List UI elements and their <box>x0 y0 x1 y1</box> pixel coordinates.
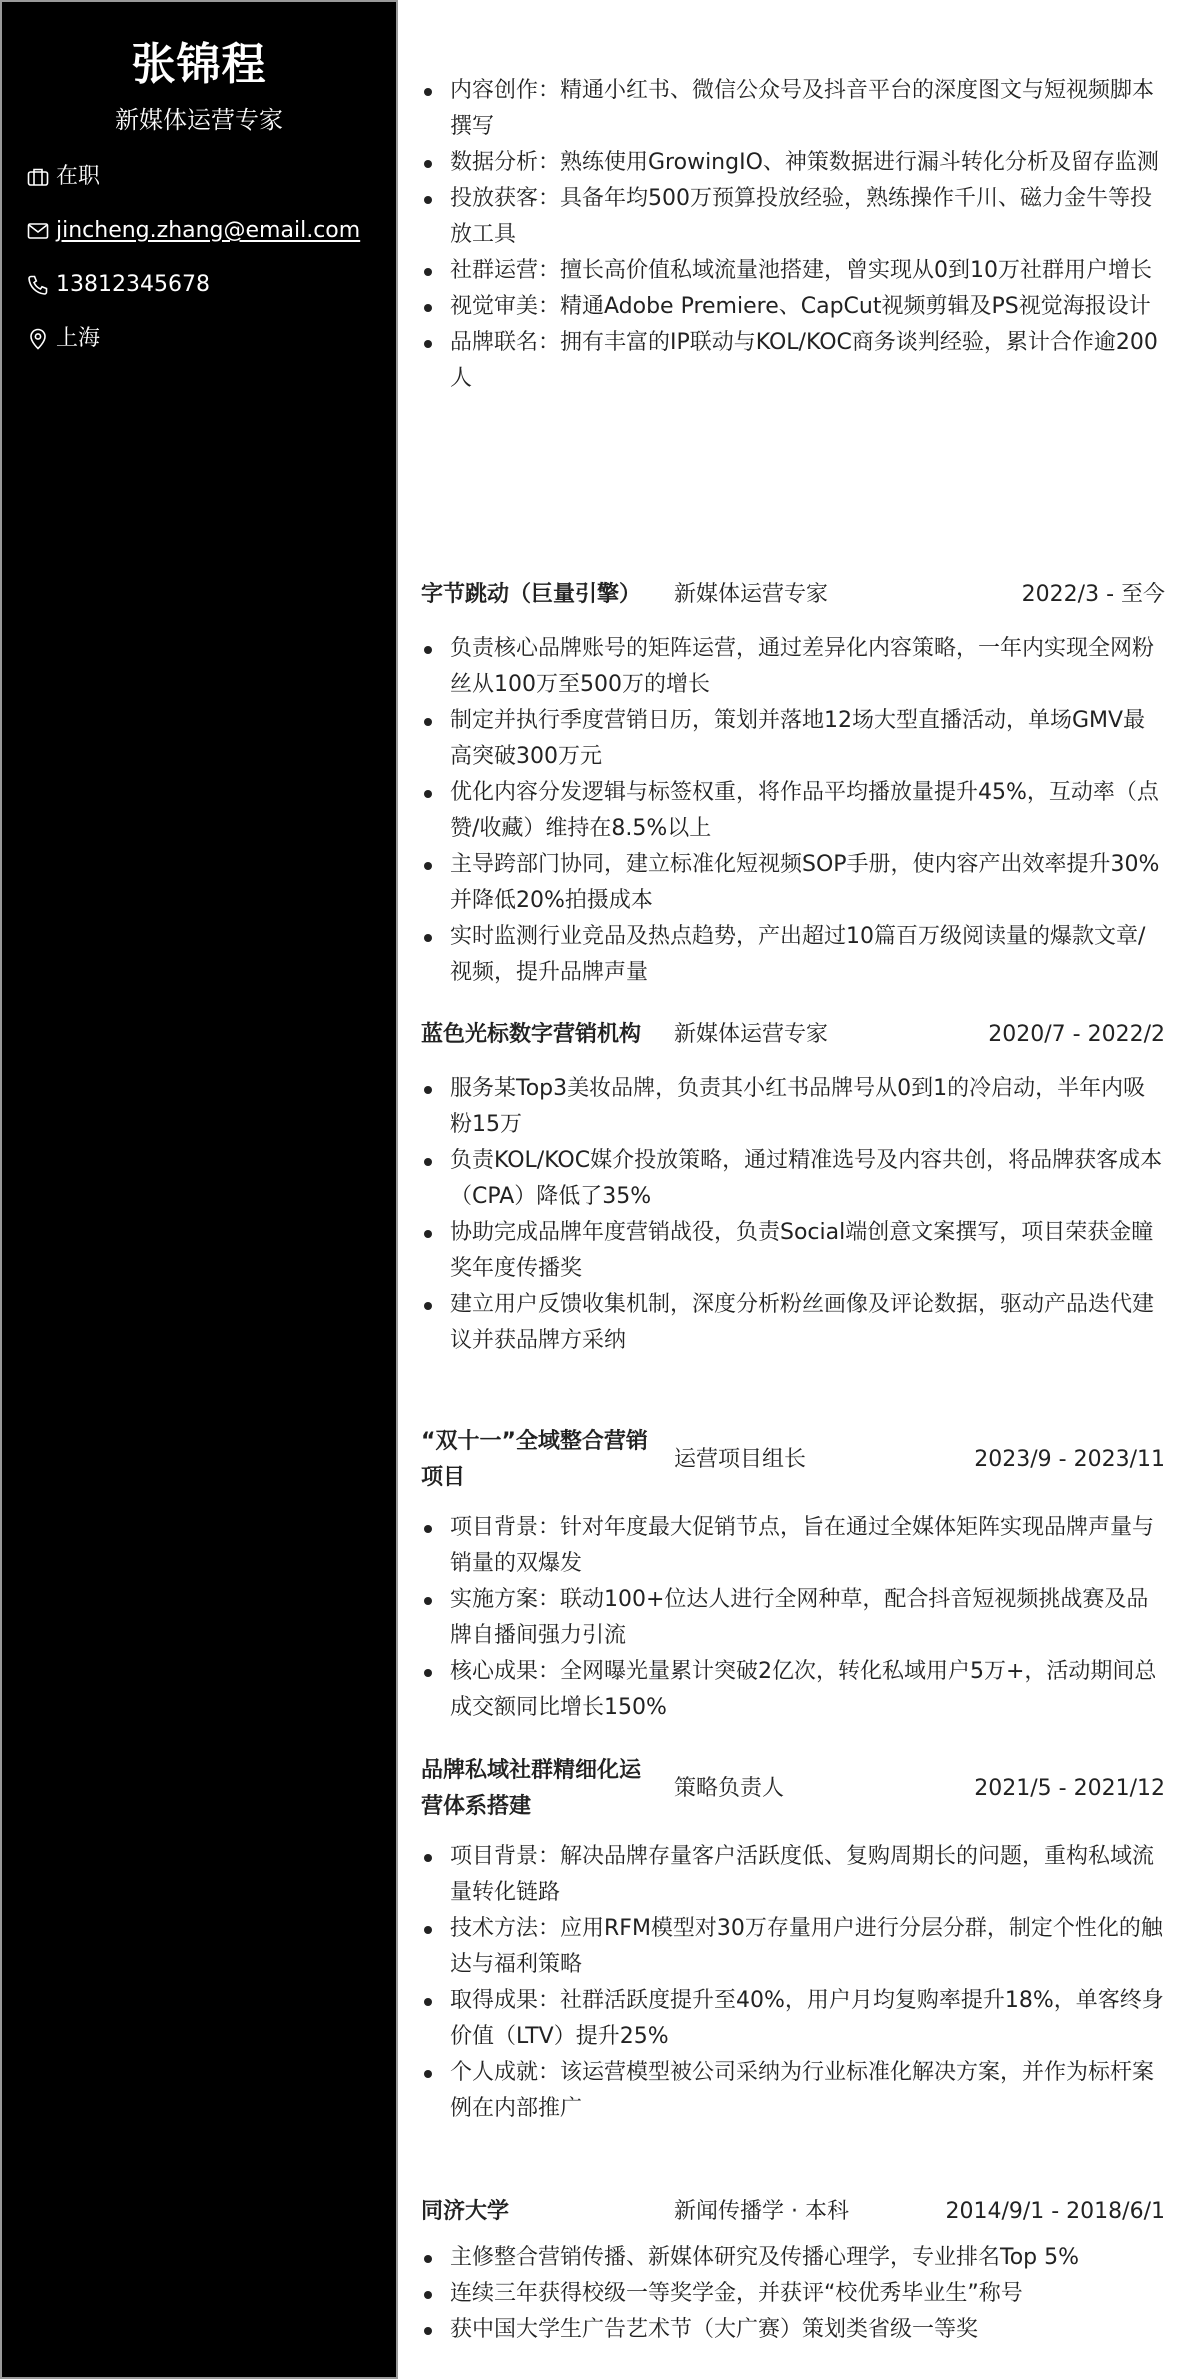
project-name: “双十一”全域整合营销项目 <box>421 1424 661 1496</box>
project-entry: 品牌私域社群精细化运营体系搭建 策略负责人 2021/5 - 2021/12 项… <box>421 1753 1165 2127</box>
project-detail-item: 项目背景：针对年度最大促销节点，旨在通过全媒体矩阵实现品牌声量与销量的双爆发 <box>421 1510 1165 1582</box>
email-link[interactable]: jincheng.zhang@email.com <box>56 216 360 246</box>
project-detail-item: 技术方法：应用RFM模型对30万存量用户进行分层分群，制定个性化的触达与福利策略 <box>421 1911 1165 1983</box>
profile-name: 张锦程 <box>2 36 396 94</box>
entry-header: 字节跳动（巨量引擎） 新媒体运营专家 2022/3 - 至今 <box>421 577 1165 613</box>
contact-status: 在职 <box>26 162 100 192</box>
entry-header: 蓝色光标数字营销机构 新媒体运营专家 2020/7 - 2022/2 <box>421 1017 1165 1053</box>
duty-item: 负责KOL/KOC媒介投放策略，通过精准选号及内容共创，将品牌获客成本（CPA）… <box>421 1143 1165 1215</box>
project-detail-item: 项目背景：解决品牌存量客户活跃度低、复购周期长的问题，重构私域流量转化链路 <box>421 1839 1165 1911</box>
education-detail-item: 主修整合营销传播、新媒体研究及传播心理学，专业排名Top 5% <box>421 2240 1165 2276</box>
briefcase-icon <box>26 165 50 189</box>
school-name: 同济大学 <box>421 2194 666 2230</box>
profile-title: 新媒体运营专家 <box>2 103 396 137</box>
company-name: 蓝色光标数字营销机构 <box>421 1017 666 1053</box>
education-entry: 同济大学 新闻传播学 · 本科 2014/9/1 - 2018/6/1 主修整合… <box>421 2194 1165 2348</box>
education-detail-item: 连续三年获得校级一等奖学金，并获评“校优秀毕业生”称号 <box>421 2276 1165 2312</box>
entry-header: 同济大学 新闻传播学 · 本科 2014/9/1 - 2018/6/1 <box>421 2194 1165 2230</box>
skill-item: 视觉审美：精通Adobe Premiere、CapCut视频剪辑及PS视觉海报设… <box>421 289 1165 325</box>
duty-item: 建立用户反馈收集机制，深度分析粉丝画像及评论数据，驱动产品迭代建议并获品牌方采纳 <box>421 1287 1165 1359</box>
date-range: 2023/9 - 2023/11 <box>974 1442 1165 1478</box>
status-text: 在职 <box>56 162 100 192</box>
duty-item: 负责核心品牌账号的矩阵运营，通过差异化内容策略，一年内实现全网粉丝从100万至5… <box>421 631 1165 703</box>
mail-icon <box>26 219 50 243</box>
work-entry: 字节跳动（巨量引擎） 新媒体运营专家 2022/3 - 至今 负责核心品牌账号的… <box>421 577 1165 991</box>
date-range: 2021/5 - 2021/12 <box>974 1771 1165 1807</box>
education-detail-list: 主修整合营销传播、新媒体研究及传播心理学，专业排名Top 5% 连续三年获得校级… <box>421 2240 1165 2348</box>
skills-section: 内容创作：精通小红书、微信公众号及抖音平台的深度图文与短视频脚本撰写 数据分析：… <box>421 73 1165 397</box>
duty-item: 优化内容分发逻辑与标签权重，将作品平均播放量提升45%，互动率（点赞/收藏）维持… <box>421 775 1165 847</box>
project-entry: “双十一”全域整合营销项目 运营项目组长 2023/9 - 2023/11 项目… <box>421 1424 1165 1726</box>
sidebar: 张锦程 新媒体运营专家 在职 jincheng.zhang@email.com … <box>0 0 398 2379</box>
project-detail-list: 项目背景：针对年度最大促销节点，旨在通过全媒体矩阵实现品牌声量与销量的双爆发 实… <box>421 1510 1165 1726</box>
entry-header: 品牌私域社群精细化运营体系搭建 策略负责人 2021/5 - 2021/12 <box>421 1753 1165 1825</box>
duty-item: 协助完成品牌年度营销战役，负责Social端创意文案撰写，项目荣获金瞳奖年度传播… <box>421 1215 1165 1287</box>
project-role: 策略负责人 <box>674 1771 974 1807</box>
duty-item: 主导跨部门协同，建立标准化短视频SOP手册，使内容产出效率提升30%并降低20%… <box>421 847 1165 919</box>
degree: 新闻传播学 · 本科 <box>674 2194 945 2230</box>
project-name: 品牌私域社群精细化运营体系搭建 <box>421 1753 661 1825</box>
phone-text: 13812345678 <box>56 270 210 300</box>
skill-item: 内容创作：精通小红书、微信公众号及抖音平台的深度图文与短视频脚本撰写 <box>421 73 1165 145</box>
education-detail-item: 获中国大学生广告艺术节（大广赛）策划类省级一等奖 <box>421 2312 1165 2348</box>
skill-item: 投放获客：具备年均500万预算投放经验，熟练操作千川、磁力金牛等投放工具 <box>421 181 1165 253</box>
work-entry: 蓝色光标数字营销机构 新媒体运营专家 2020/7 - 2022/2 服务某To… <box>421 1017 1165 1359</box>
job-title: 新媒体运营专家 <box>674 577 1022 613</box>
project-detail-list: 项目背景：解决品牌存量客户活跃度低、复购周期长的问题，重构私域流量转化链路 技术… <box>421 1839 1165 2127</box>
project-detail-item: 核心成果：全网曝光量累计突破2亿次，转化私域用户5万+，活动期间总成交额同比增长… <box>421 1654 1165 1726</box>
location-text: 上海 <box>56 324 100 354</box>
company-name: 字节跳动（巨量引擎） <box>421 577 666 613</box>
duty-list: 负责核心品牌账号的矩阵运营，通过差异化内容策略，一年内实现全网粉丝从100万至5… <box>421 631 1165 991</box>
location-pin-icon <box>26 327 50 351</box>
project-role: 运营项目组长 <box>674 1442 974 1478</box>
entry-header: “双十一”全域整合营销项目 运营项目组长 2023/9 - 2023/11 <box>421 1424 1165 1496</box>
duty-item: 服务某Top3美妆品牌，负责其小红书品牌号从0到1的冷启动，半年内吸粉15万 <box>421 1071 1165 1143</box>
phone-icon <box>26 273 50 297</box>
skills-list: 内容创作：精通小红书、微信公众号及抖音平台的深度图文与短视频脚本撰写 数据分析：… <box>421 73 1165 397</box>
date-range: 2020/7 - 2022/2 <box>988 1017 1165 1053</box>
skill-item: 品牌联名：拥有丰富的IP联动与KOL/KOC商务谈判经验，累计合作逾200人 <box>421 325 1165 397</box>
contact-location: 上海 <box>26 324 100 354</box>
skill-item: 数据分析：熟练使用GrowingIO、神策数据进行漏斗转化分析及留存监测 <box>421 145 1165 181</box>
date-range: 2014/9/1 - 2018/6/1 <box>945 2194 1165 2230</box>
project-detail-item: 个人成就：该运营模型被公司采纳为行业标准化解决方案，并作为标杆案例在内部推广 <box>421 2055 1165 2127</box>
project-detail-item: 实施方案：联动100+位达人进行全网种草，配合抖音短视频挑战赛及品牌自播间强力引… <box>421 1582 1165 1654</box>
duty-list: 服务某Top3美妆品牌，负责其小红书品牌号从0到1的冷启动，半年内吸粉15万 负… <box>421 1071 1165 1359</box>
job-title: 新媒体运营专家 <box>674 1017 988 1053</box>
skill-item: 社群运营：擅长高价值私域流量池搭建，曾实现从0到10万社群用户增长 <box>421 253 1165 289</box>
date-range: 2022/3 - 至今 <box>1022 577 1165 613</box>
project-detail-item: 取得成果：社群活跃度提升至40%，用户月均复购率提升18%，单客终身价值（LTV… <box>421 1983 1165 2055</box>
duty-item: 制定并执行季度营销日历，策划并落地12场大型直播活动，单场GMV最高突破300万… <box>421 703 1165 775</box>
duty-item: 实时监测行业竞品及热点趋势，产出超过10篇百万级阅读量的爆款文章/视频，提升品牌… <box>421 919 1165 991</box>
contact-email: jincheng.zhang@email.com <box>26 216 360 246</box>
contact-phone: 13812345678 <box>26 270 210 300</box>
